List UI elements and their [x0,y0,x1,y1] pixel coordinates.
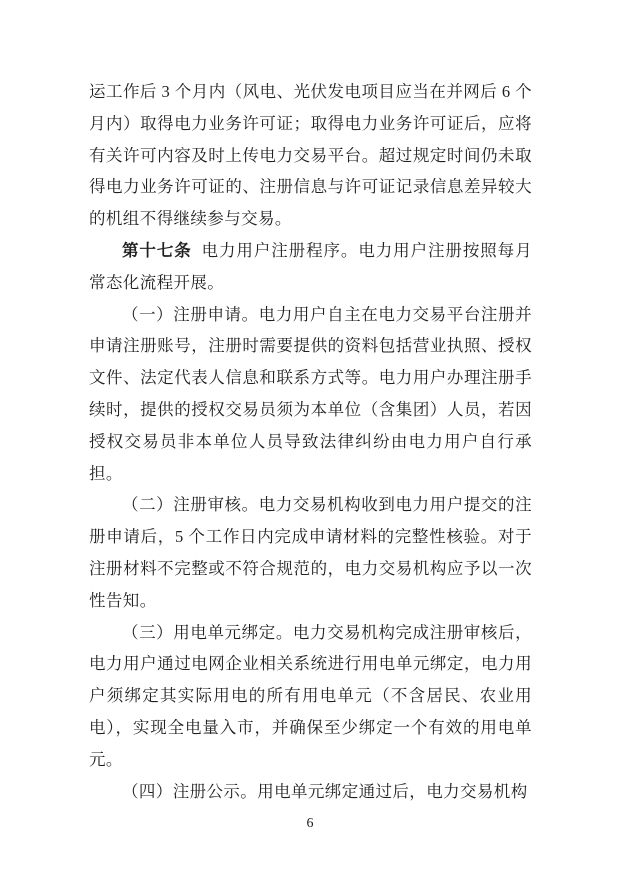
document-page: 运工作后 3 个月内（风电、光伏发电项目应当在并网后 6 个月内）取得电力业务许… [0,0,620,876]
paragraph-item-3: （三）用电单元绑定。电力交易机构完成注册审核后，电力用户通过电网企业相关系统进行… [89,617,532,776]
article-17-heading: 第十七条 [122,241,192,260]
paragraph-continuation: 运工作后 3 个月内（风电、光伏发电项目应当在并网后 6 个月内）取得电力业务许… [89,76,532,235]
paragraph-article-17: 第十七条电力用户注册程序。电力用户注册按照每月常态化流程开展。 [89,235,532,299]
paragraph-item-2: （二）注册审核。电力交易机构收到电力用户提交的注册申请后，5 个工作日内完成申请… [89,489,532,616]
paragraph-item-4: （四）注册公示。用电单元绑定通过后，电力交易机构 [89,776,532,808]
paragraph-item-1: （一）注册申请。电力用户自主在电力交易平台注册并申请注册账号，注册时需要提供的资… [89,299,532,490]
page-content: 运工作后 3 个月内（风电、光伏发电项目应当在并网后 6 个月内）取得电力业务许… [89,76,532,807]
page-number: 6 [0,816,620,832]
